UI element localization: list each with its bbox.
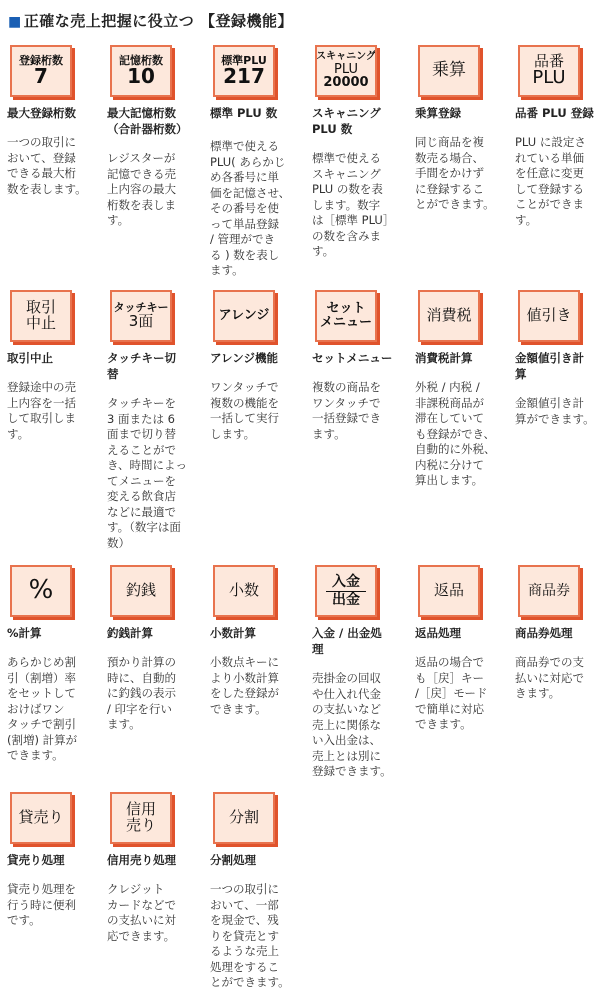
feature-split-payment: 分割 分割処理 一つの取引に おいて、一部 を現金で、残 りを貸売とす るような… bbox=[210, 792, 308, 991]
feature-change-calc: 釣銭 釣銭計算 預かり計算の 時に、自動的 に釣銭の表示 / 印字を行い ます。 bbox=[107, 565, 205, 733]
icon-label: メニュー bbox=[320, 316, 372, 330]
feature-description: あらかじめ割 引（割増）率 をセットして おけばワン タッチで割引 (割増) 計… bbox=[7, 655, 105, 764]
gift-voucher-icon: 商品券 bbox=[518, 565, 580, 617]
feature-description: 売掛金の回収 や仕入れ代金 の支払いなど 売上に関係な い入出金は、 売上とは別… bbox=[312, 671, 410, 780]
feature-gift-voucher: 商品券 商品券処理 商品券での支 払いに対応で きます。 bbox=[515, 565, 600, 702]
feature-description: 返品の場合で も［戻］キー /［戻］モード で簡単に対応 できます。 bbox=[415, 655, 513, 733]
feature-percent-calc: % %計算 あらかじめ割 引（割増）率 をセットして おけばワン タッチで割引 … bbox=[7, 565, 105, 764]
feature-scanning-plu: スキャニング PLU 20000 スキャニング PLU 数 標準で使える スキャ… bbox=[312, 45, 410, 260]
feature-title: 釣銭計算 bbox=[107, 625, 205, 641]
icon-label: 入金 bbox=[332, 575, 360, 590]
feature-title: タッチキー切 替 bbox=[107, 350, 205, 382]
feature-title: 返品処理 bbox=[415, 625, 513, 641]
scanning-plu-icon: スキャニング PLU 20000 bbox=[315, 45, 377, 97]
feature-card-sale: 信用 売り 信用売り処理 クレジット カードなどで の支払いに対 応できます。 bbox=[107, 792, 205, 944]
feature-description: クレジット カードなどで の支払いに対 応できます。 bbox=[107, 882, 205, 944]
feature-amount-discount: 値引き 金額値引き計 算 金額値引き計 算ができます。 bbox=[515, 290, 600, 427]
feature-description: 登録途中の売 上内容を一括 して取引しま す。 bbox=[7, 380, 105, 442]
feature-title: 最大登録桁数 bbox=[7, 105, 105, 121]
section-title: ■正確な売上把握に役立つ 【登録機能】 bbox=[8, 10, 293, 31]
icon-label: セット bbox=[326, 302, 365, 316]
split-payment-icon: 分割 bbox=[213, 792, 275, 844]
feature-touch-key-switch: タッチキー 3面 タッチキー切 替 タッチキーを 3 面または 6 面まで切り替… bbox=[107, 290, 205, 551]
feature-description: 同じ商品を複 数売る場合、 手間をかけず に登録するこ とができます。 bbox=[415, 135, 513, 213]
feature-title: スキャニング PLU 数 bbox=[312, 105, 410, 137]
transaction-cancel-icon: 取引 中止 bbox=[10, 290, 72, 342]
icon-label: 釣銭 bbox=[126, 583, 156, 599]
feature-description: 預かり計算の 時に、自動的 に釣銭の表示 / 印字を行い ます。 bbox=[107, 655, 205, 733]
multiplication-icon: 乗算 bbox=[418, 45, 480, 97]
feature-description: レジスターが 記憶できる売 上内容の最大 桁数を表しま す。 bbox=[107, 151, 205, 229]
feature-transaction-cancel: 取引 中止 取引中止 登録途中の売 上内容を一括 して取引しま す。 bbox=[7, 290, 105, 442]
icon-label: 乗算 bbox=[432, 62, 466, 80]
arrange-icon: アレンジ bbox=[213, 290, 275, 342]
feature-credit-sale: 貸売り 貸売り処理 貸売り処理を 行う時に便利 です。 bbox=[7, 792, 105, 929]
icon-value: 10 bbox=[127, 66, 155, 87]
consumption-tax-icon: 消費税 bbox=[418, 290, 480, 342]
memory-digits-icon: 記憶桁数 10 bbox=[110, 45, 172, 97]
feature-title: 商品券処理 bbox=[515, 625, 600, 641]
return-icon: 返品 bbox=[418, 565, 480, 617]
feature-description: 金額値引き計 算ができます。 bbox=[515, 396, 600, 427]
icon-label: PLU bbox=[334, 63, 358, 77]
feature-title: セットメニュー bbox=[312, 350, 410, 366]
feature-title: 乗算登録 bbox=[415, 105, 513, 121]
cash-in-out-icon: 入金 出金 bbox=[315, 565, 377, 617]
feature-title: 標準 PLU 数 bbox=[210, 105, 308, 121]
icon-value: 217 bbox=[223, 66, 265, 87]
feature-title: 品番 PLU 登録 bbox=[515, 105, 600, 121]
feature-description: 一つの取引に おいて、登録 できる最大桁 数を表します。 bbox=[7, 135, 105, 197]
icon-label: 出金 bbox=[332, 593, 360, 608]
feature-description: PLU に設定さ れている単価 を任意に変更 して登録する ことができま す。 bbox=[515, 135, 600, 228]
touch-key-icon: タッチキー 3面 bbox=[110, 290, 172, 342]
icon-label: 中止 bbox=[26, 316, 56, 332]
section-title-text: 正確な売上把握に役立つ 【登録機能】 bbox=[24, 12, 293, 30]
feature-description: 貸売り処理を 行う時に便利 です。 bbox=[7, 882, 105, 929]
icon-label: 貸売り bbox=[18, 810, 63, 826]
set-menu-icon: セット メニュー bbox=[315, 290, 377, 342]
feature-title: %計算 bbox=[7, 625, 105, 641]
percent-icon: % bbox=[10, 565, 72, 617]
feature-title: 取引中止 bbox=[7, 350, 105, 366]
standard-plu-icon: 標準PLU 217 bbox=[213, 45, 275, 97]
feature-return: 返品 返品処理 返品の場合で も［戻］キー /［戻］モード で簡単に対応 できま… bbox=[415, 565, 513, 733]
feature-title: 消費税計算 bbox=[415, 350, 513, 366]
icon-label: 分割 bbox=[229, 810, 259, 826]
icon-label: 商品券 bbox=[528, 584, 570, 599]
feature-description: 商品券での支 払いに対応で きます。 bbox=[515, 655, 600, 702]
change-icon: 釣銭 bbox=[110, 565, 172, 617]
bullet-square-icon: ■ bbox=[8, 14, 22, 30]
icon-value: 3面 bbox=[129, 314, 154, 330]
icon-label: PLU bbox=[532, 69, 565, 88]
feature-description: 複数の商品を ワンタッチで 一括登録でき ます。 bbox=[312, 380, 410, 442]
icon-label: 消費税 bbox=[426, 308, 471, 324]
register-digits-icon: 登録桁数 7 bbox=[10, 45, 72, 97]
icon-value: 20000 bbox=[323, 76, 368, 90]
credit-sale-icon: 貸売り bbox=[10, 792, 72, 844]
feature-max-register-digits: 登録桁数 7 最大登録桁数 一つの取引に おいて、登録 できる最大桁 数を表しま… bbox=[7, 45, 105, 197]
feature-cash-in-out: 入金 出金 入金 / 出金処 理 売掛金の回収 や仕入れ代金 の支払いなど 売上… bbox=[312, 565, 410, 780]
feature-multiplication: 乗算 乗算登録 同じ商品を複 数売る場合、 手間をかけず に登録するこ とができ… bbox=[415, 45, 513, 213]
feature-title: 信用売り処理 bbox=[107, 852, 205, 868]
feature-set-menu: セット メニュー セットメニュー 複数の商品を ワンタッチで 一括登録でき ます… bbox=[312, 290, 410, 442]
feature-title: 小数計算 bbox=[210, 625, 308, 641]
feature-arrange: アレンジ アレンジ機能 ワンタッチで 複数の機能を 一括して実行 します。 bbox=[210, 290, 308, 442]
icon-label: アレンジ bbox=[219, 309, 270, 323]
feature-description: 外税 / 内税 / 非課税商品が 滞在していて も登録ができ、 自動的に外税、 … bbox=[415, 380, 513, 489]
feature-description: 標準で使える PLU( あらかじ め各番号に単 価を記憶させ、 その番号を使 っ… bbox=[210, 139, 308, 279]
icon-label: 小数 bbox=[229, 583, 259, 599]
feature-title: 貸売り処理 bbox=[7, 852, 105, 868]
card-sale-icon: 信用 売り bbox=[110, 792, 172, 844]
icon-label: 値引き bbox=[526, 308, 571, 324]
feature-max-memory-digits: 記憶桁数 10 最大記憶桁数 （合計器桁数） レジスターが 記憶できる売 上内容… bbox=[107, 45, 205, 229]
discount-icon: 値引き bbox=[518, 290, 580, 342]
feature-decimal-calc: 小数 小数計算 小数点キーに より小数計算 をした登録が できます。 bbox=[210, 565, 308, 717]
icon-label: 売り bbox=[126, 818, 156, 834]
feature-standard-plu: 標準PLU 217 標準 PLU 数 標準で使える PLU( あらかじ め各番号… bbox=[210, 45, 308, 279]
decimal-icon: 小数 bbox=[213, 565, 275, 617]
feature-description: 小数点キーに より小数計算 をした登録が できます。 bbox=[210, 655, 308, 717]
feature-title: アレンジ機能 bbox=[210, 350, 308, 366]
feature-title: 入金 / 出金処 理 bbox=[312, 625, 410, 657]
feature-item-plu: 品番 PLU 品番 PLU 登録 PLU に設定さ れている単価 を任意に変更 … bbox=[515, 45, 600, 228]
feature-consumption-tax: 消費税 消費税計算 外税 / 内税 / 非課税商品が 滞在していて も登録ができ… bbox=[415, 290, 513, 489]
item-plu-icon: 品番 PLU bbox=[518, 45, 580, 97]
feature-description: ワンタッチで 複数の機能を 一括して実行 します。 bbox=[210, 380, 308, 442]
icon-label: % bbox=[29, 577, 54, 604]
feature-description: 標準で使える スキャニング PLU の数を表 します。数字 は［標準 PLU］ … bbox=[312, 151, 410, 260]
feature-title: 分割処理 bbox=[210, 852, 308, 868]
feature-title: 最大記憶桁数 （合計器桁数） bbox=[107, 105, 205, 137]
feature-description: 一つの取引に おいて、一部 を現金で、残 りを貸売とす るような売上 処理をする… bbox=[210, 882, 308, 991]
icon-value: 7 bbox=[34, 66, 48, 87]
feature-title: 金額値引き計 算 bbox=[515, 350, 600, 382]
icon-label: 返品 bbox=[434, 583, 464, 599]
feature-description: タッチキーを 3 面または 6 面まで切り替 えることがで き、時間によっ てメ… bbox=[107, 396, 205, 551]
